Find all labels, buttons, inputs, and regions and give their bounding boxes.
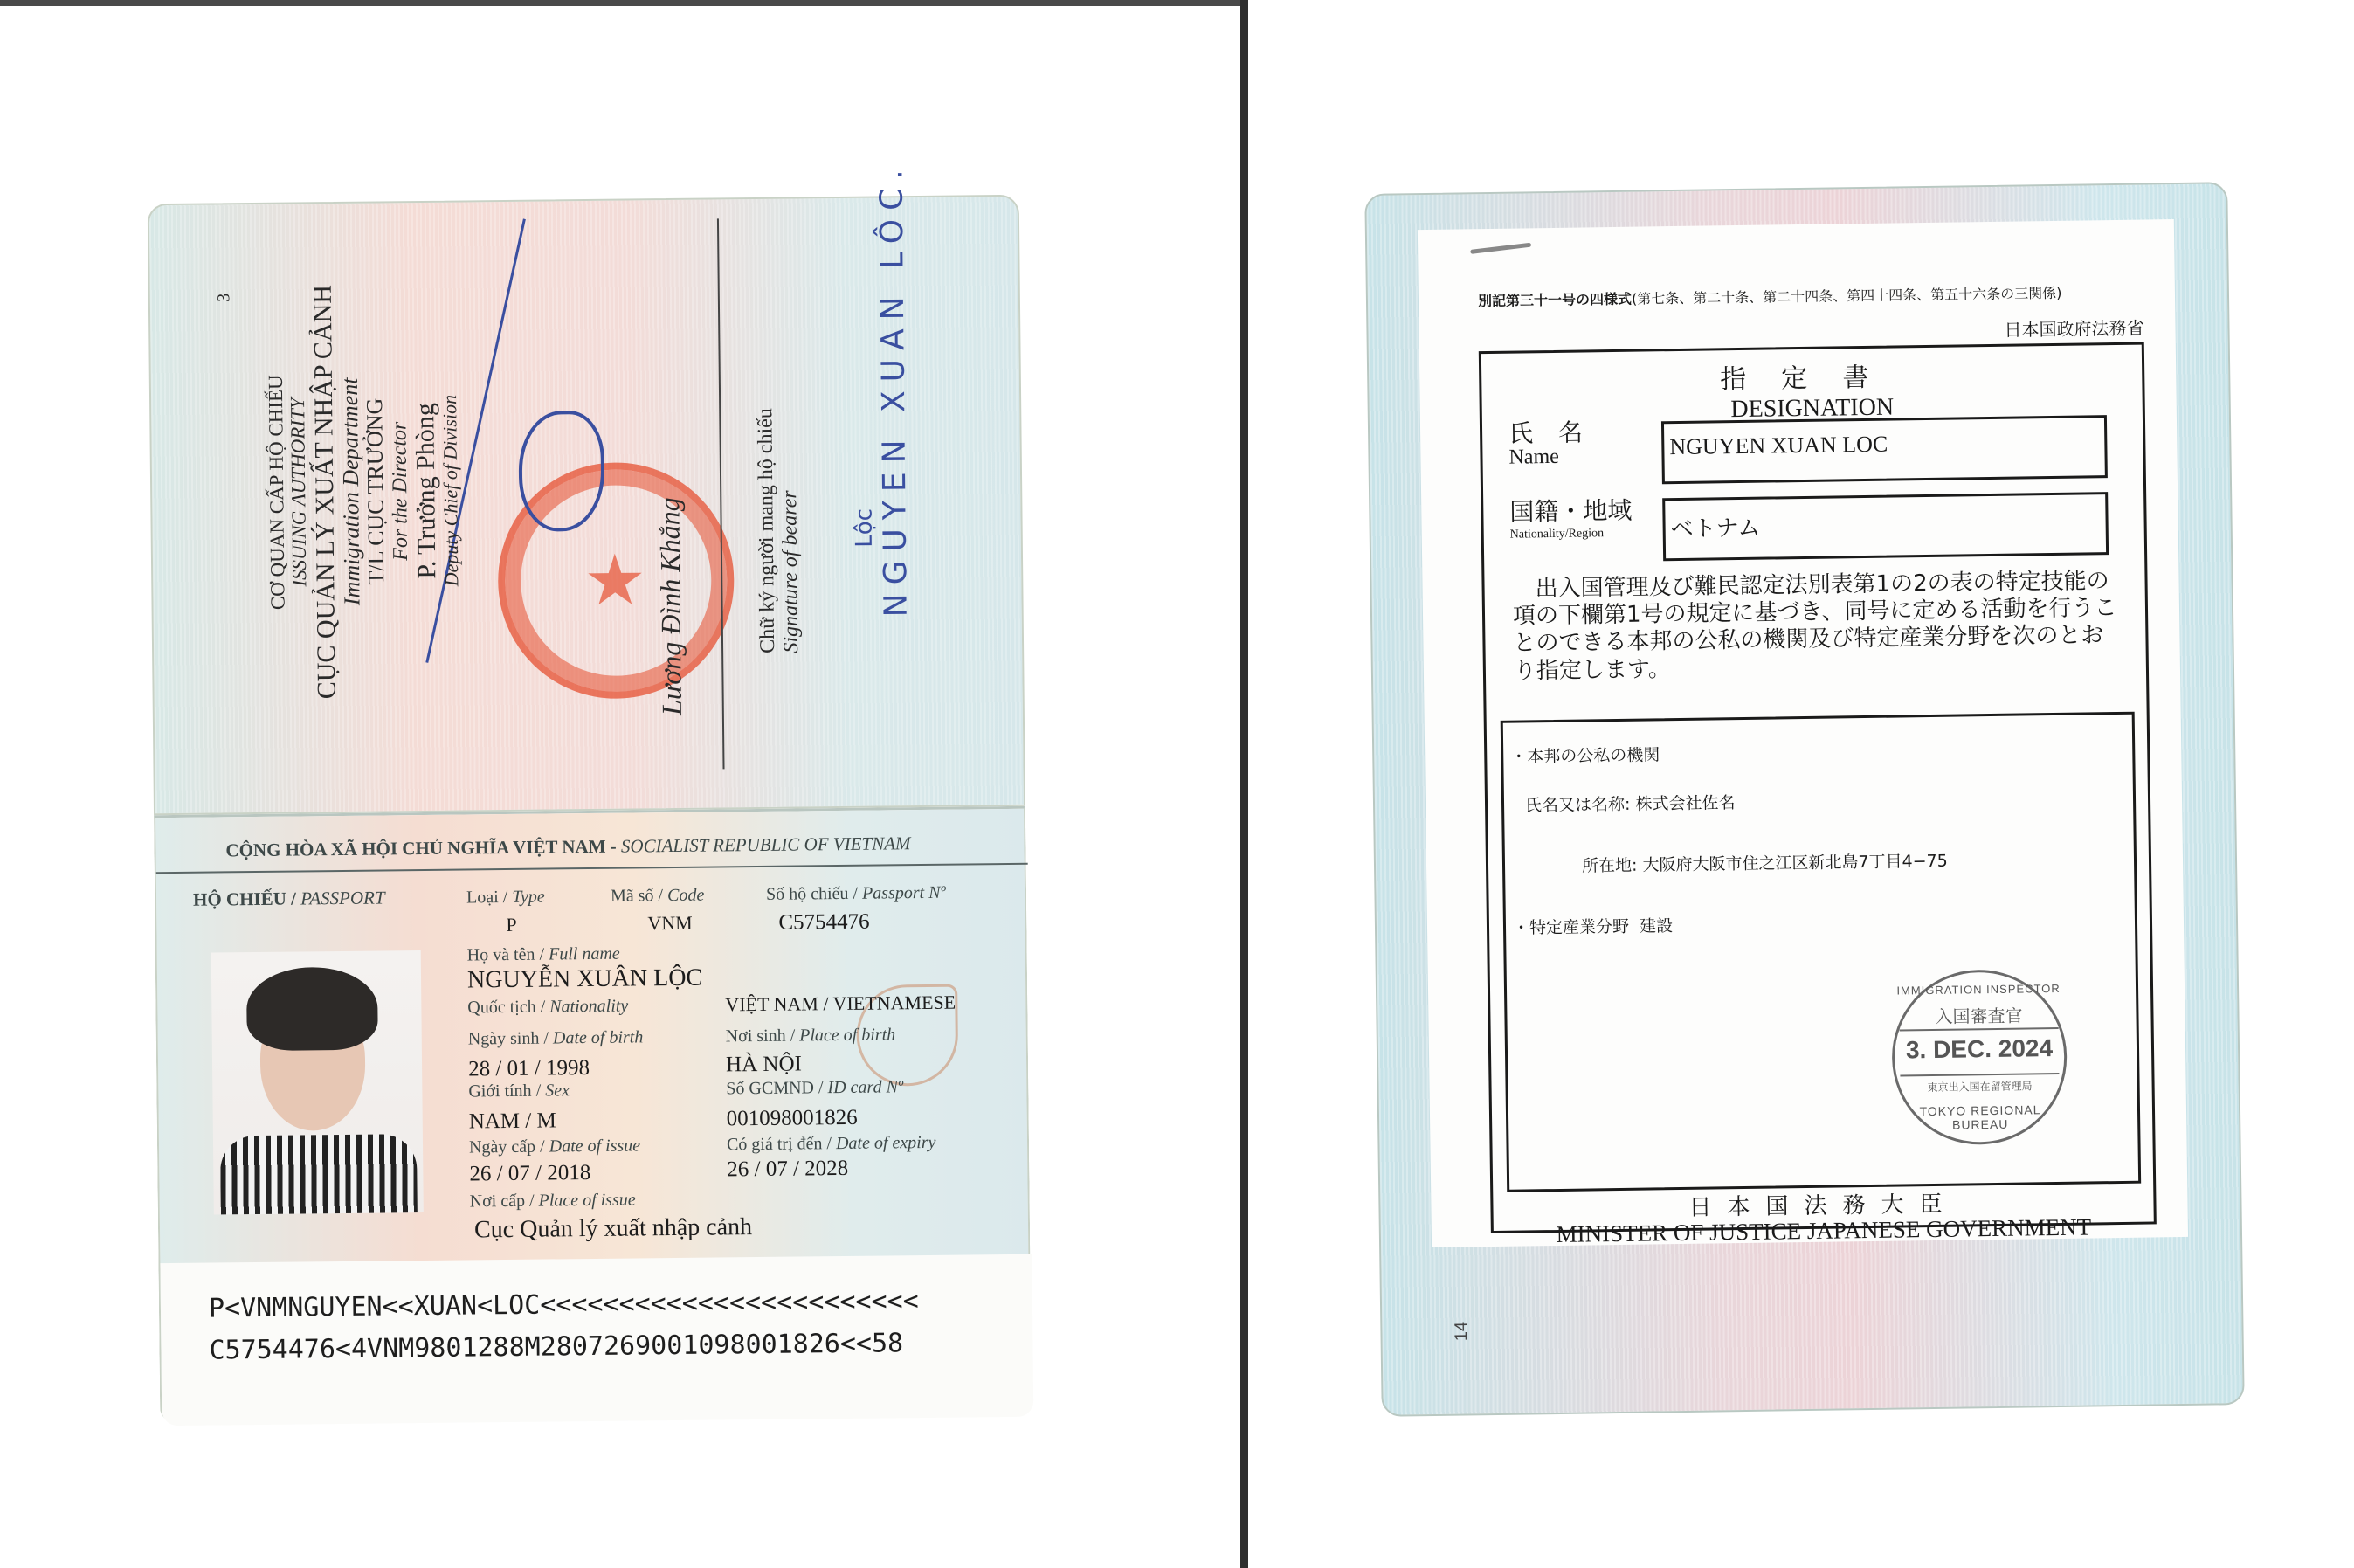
org-address-value: 大阪府大阪市住之江区新北島7丁目4−75 (1642, 852, 1948, 875)
nationality-value: VIỆT NAM / VIETNAMESE (725, 991, 956, 1017)
machine-readable-zone: P<VNMNGUYEN<<XUAN<LOC<<<<<<<<<<<<<<<<<<<… (160, 1254, 1033, 1426)
nationality-label: Quốc tịch / Nationality (467, 997, 628, 1019)
designation-statement: 出入国管理及び難民認定法別表第1の2の表の特定技能の項の下欄第1号の規定に基づき… (1512, 568, 2125, 686)
name-label-en: Name (1508, 446, 1559, 470)
code-value: VNM (647, 912, 693, 936)
org-address-label: 所在地: (1582, 856, 1638, 876)
type-value: P (506, 914, 517, 936)
authority-line: P. Trưởng Phòng (410, 264, 443, 718)
page-number: 3 (214, 294, 234, 302)
sex-label: Giới tính / Sex (468, 1081, 570, 1102)
header-rule (156, 863, 1028, 874)
signature-divider (717, 218, 725, 769)
holder-photo (211, 950, 424, 1214)
bearer-label-vi: Chữ ký người mang hộ chiếu (754, 408, 780, 653)
form-reference: 別記第三十一号の四様式(第七条、第二十条、第二十四条、第四十四条、第五十六条の三… (1478, 282, 2062, 310)
organization-heading: ・本邦の公私の機関 (1510, 742, 1660, 767)
passport-observation-page: 3 CƠ QUAN CẤP HỘ CHIẾU ISSUING AUTHORITY… (148, 195, 1025, 815)
photo-shirt (220, 1134, 418, 1214)
nationality-label-en: Nationality/Region (1510, 527, 1605, 542)
sex-value: NAM / M (469, 1109, 556, 1134)
code-label: Mã số / Code (611, 886, 704, 907)
organization-box: ・本邦の公私の機関 氏名又は名称: 株式会社佐名 所在地: 大阪府大阪市住之江区… (1501, 712, 2141, 1192)
photo-hair (246, 967, 378, 1052)
passport-no-value: C5754476 (778, 910, 869, 936)
issue-date-label: Ngày cấp / Date of issue (469, 1136, 640, 1157)
officer-signature-loop (518, 411, 604, 532)
stamp-bottom-text: TOKYO REGIONAL BUREAU (1895, 1102, 2065, 1133)
authority-line: Deputy Chief of Division (438, 264, 465, 718)
form-reference-bold: 別記第三十一号の四様式 (1478, 291, 1632, 309)
nationality-value-box: ベトナム (1662, 492, 2109, 561)
mrz-line-2: C5754476<4VNM9801288M2807269001098001826… (209, 1328, 903, 1365)
stamp-bureau-jp: 東京出入国在留管理局 (1895, 1078, 2065, 1095)
stamp-jp-text: 入国審査官 (1894, 1001, 2063, 1029)
stamp-top-text: IMMIGRATION INSPECTOR (1894, 982, 2063, 998)
doc-title-en: PASSPORT (300, 887, 385, 908)
expiry-date-label: Có giá trị đến / Date of expiry (727, 1133, 936, 1156)
issue-place-value: Cục Quản lý xuất nhập cảnh (474, 1213, 752, 1244)
signature-short: Lộc (847, 162, 878, 548)
republic-heading: CỘNG HÒA XÃ HỘI CHỦ NGHĨA VIỆT NAM - SOC… (225, 832, 910, 861)
name-value-box: NGUYEN XUAN LOC (1661, 415, 2108, 484)
org-name-value: 株式会社佐名 (1635, 793, 1735, 814)
issue-place-label: Nơi cấp / Place of issue (470, 1190, 636, 1212)
authority-line: CỤC QUẢN LÝ XUẤT NHẬP CẢNH (307, 265, 341, 719)
bearer-label-en: Signature of bearer (777, 408, 804, 653)
dob-label: Ngày sinh / Date of birth (468, 1027, 644, 1049)
name-label-jp: 氏 名 (1508, 413, 1591, 449)
immigration-inspector-stamp: IMMIGRATION INSPECTOR 入国審査官 3. DEC. 2024… (1891, 969, 2068, 1146)
scan-divider (1240, 0, 1248, 1568)
bearer-handwritten-signature: Lộc NGUYEN XUAN LÔC. (847, 161, 914, 618)
stamp-rule (1900, 1073, 2059, 1077)
industry-label: ・特定産業分野 (1513, 917, 1629, 938)
passport-visa-page: 14 別記第三十一号の四様式(第七条、第二十条、第二十四条、第四十四条、第五十六… (1364, 182, 2244, 1417)
page-number: 14 (1452, 1322, 1472, 1342)
passport-data-page: CỘNG HÒA XÃ HỘI CHỦ NGHĨA VIỆT NAM - SOC… (154, 806, 1032, 1423)
expiry-date-value: 26 / 07 / 2028 (727, 1157, 848, 1182)
designation-form: 指定書 DESIGNATION 氏 名 Name NGUYEN XUAN LOC… (1479, 342, 2157, 1234)
passport-no-label: Số hộ chiếu / Passport Nº (766, 883, 946, 905)
nationality-label-jp: 国籍・地域 (1509, 492, 1633, 528)
org-name-label: 氏名又は名称: (1525, 795, 1631, 816)
id-card-value: 001098001826 (727, 1106, 858, 1132)
issuing-authority-block: CƠ QUAN CẤP HỘ CHIẾU ISSUING AUTHORITY C… (263, 264, 464, 720)
id-card-label: Số GCMND / ID card Nº (726, 1077, 903, 1099)
industry-value: 建設 (1640, 916, 1673, 936)
ministry-name: 日本国政府法務省 (2004, 314, 2143, 342)
scan-top-edge (0, 0, 1247, 6)
signature-full: NGUYEN XUAN LÔC. (873, 161, 914, 617)
org-name-row: 氏名又は名称: 株式会社佐名 (1525, 790, 1736, 816)
republic-vi: CỘNG HÒA XÃ HỘI CHỦ NGHĨA VIỆT NAM (225, 836, 605, 861)
staple-mark (1470, 243, 1531, 254)
pob-value: HÀ NỘI (726, 1052, 802, 1077)
stamp-date: 3. DEC. 2024 (1895, 1034, 2064, 1065)
issue-date-value: 26 / 07 / 2018 (469, 1161, 590, 1186)
dob-value: 28 / 01 / 1998 (468, 1056, 590, 1081)
document-title: HỘ CHIẾU / PASSPORT (193, 887, 385, 910)
bearer-signature-label: Chữ ký người mang hộ chiếu Signature of … (754, 408, 804, 653)
form-reference-rest: (第七条、第二十条、第二十四条、第四十四条、第五十六条の三関係) (1632, 285, 2062, 307)
officer-name: Lương Đình Khắng (653, 497, 688, 715)
republic-en: SOCIALIST REPUBLIC OF VIETNAM (621, 832, 911, 856)
org-address-row: 所在地: 大阪府大阪市住之江区新北島7丁目4−75 (1582, 848, 1948, 877)
doc-title-vi: HỘ CHIẾU (193, 888, 286, 910)
full-name-value: NGUYỄN XUÂN LỘC (467, 964, 702, 995)
industry-row: ・特定産業分野 建設 (1513, 913, 1673, 939)
mrz-line-1: P<VNMNGUYEN<<XUAN<LOC<<<<<<<<<<<<<<<<<<<… (209, 1286, 919, 1324)
type-label: Loại / Type (466, 888, 545, 908)
vietnam-passport: 3 CƠ QUAN CẤP HỘ CHIẾU ISSUING AUTHORITY… (148, 195, 1032, 1423)
full-name-label: Họ và tên / Full name (467, 944, 620, 966)
designation-sticker: 別記第三十一号の四様式(第七条、第二十条、第二十四条、第四十四条、第五十六条の三… (1418, 219, 2188, 1247)
pob-label: Nơi sinh / Place of birth (726, 1025, 896, 1046)
